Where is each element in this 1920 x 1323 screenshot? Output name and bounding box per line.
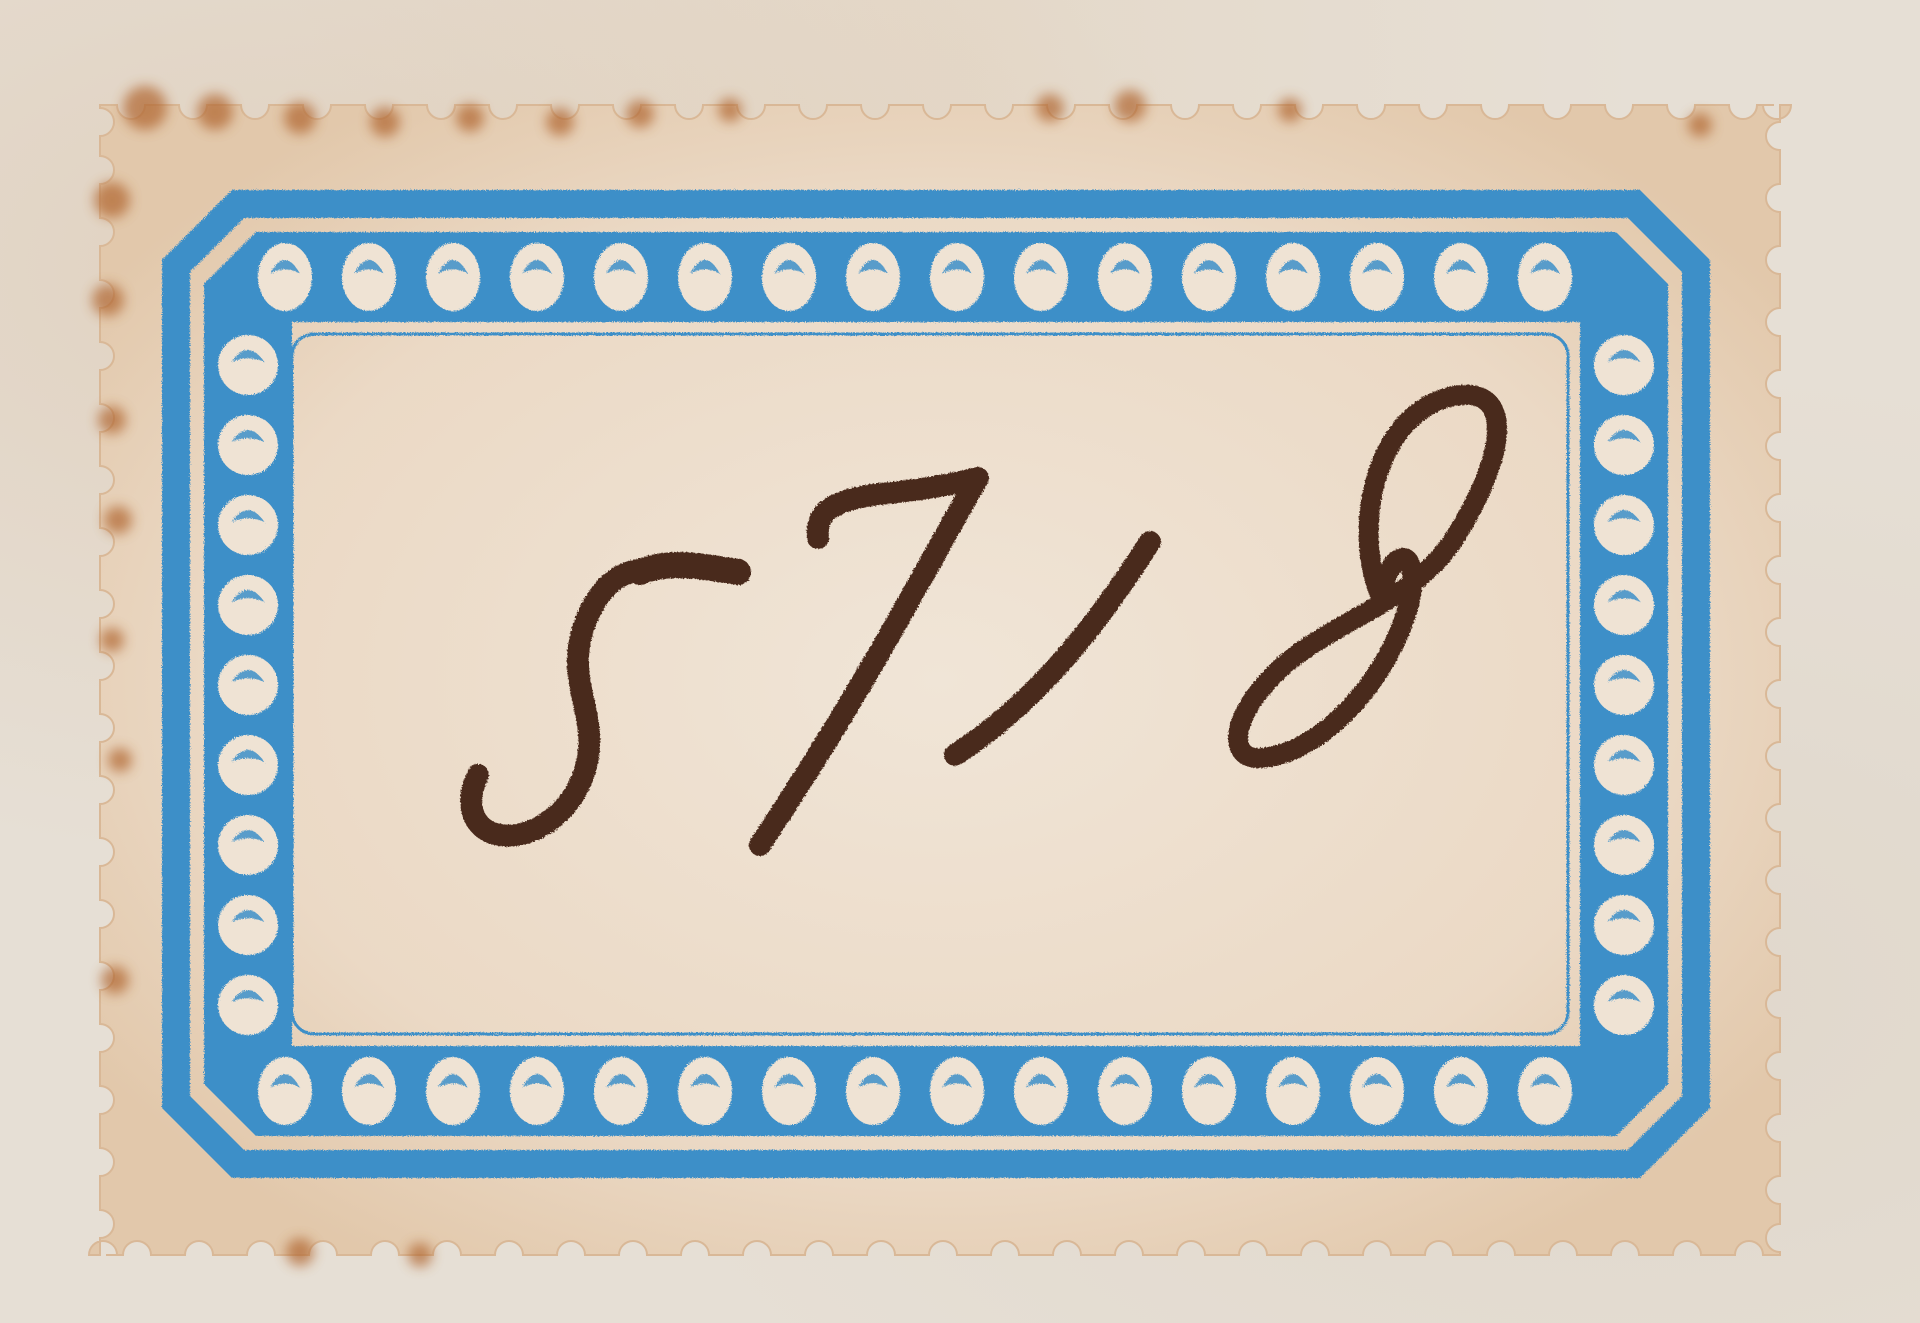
digit-5-cap <box>640 565 738 572</box>
stamp <box>0 0 1920 1323</box>
